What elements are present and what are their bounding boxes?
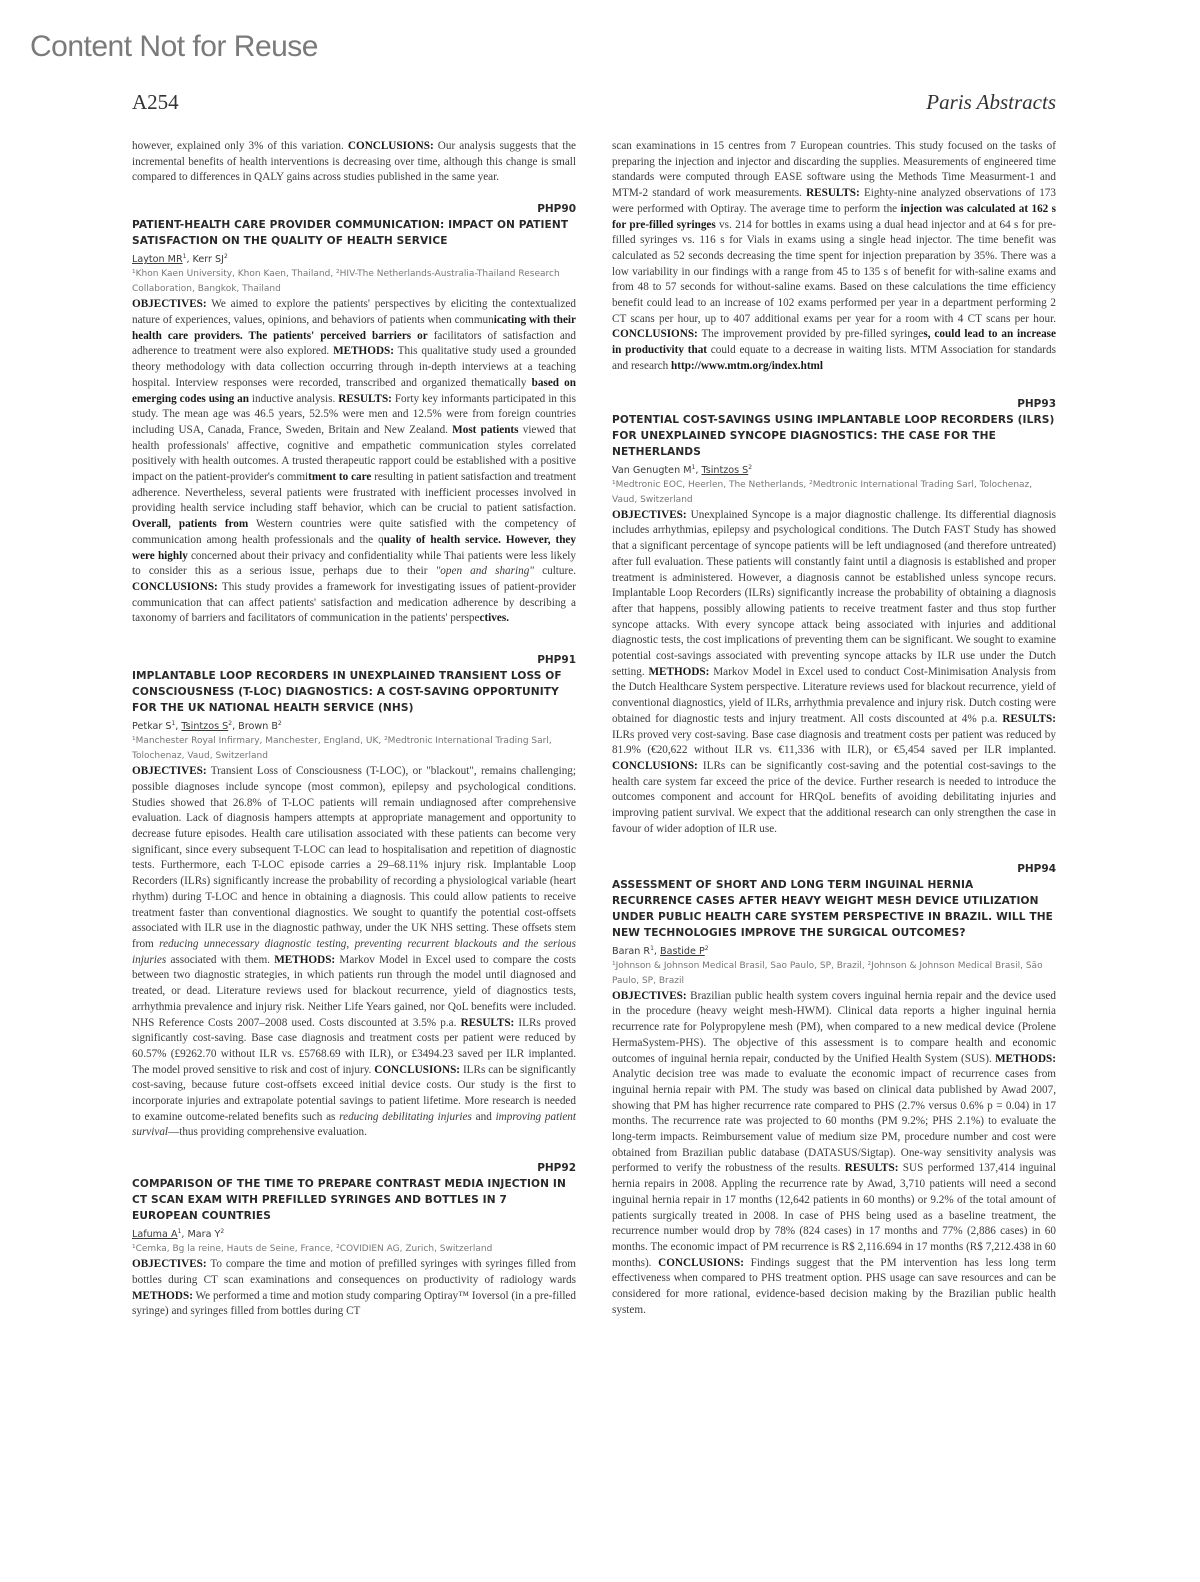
journal-section-title: Paris Abstracts xyxy=(926,90,1056,115)
abstract-body: OBJECTIVES: We aimed to explore the pati… xyxy=(132,297,576,627)
author-name: Lafuma A xyxy=(132,1229,178,1240)
abstract-body: OBJECTIVES: Brazilian public health syst… xyxy=(612,989,1056,1319)
abstract-affiliations: ¹Medtronic EOC, Heerlen, The Netherlands… xyxy=(612,478,1056,508)
abstract-affiliations: ¹Manchester Royal Infirmary, Manchester,… xyxy=(132,734,576,764)
author-name: Kerr SJ xyxy=(193,254,224,265)
abstract-body: OBJECTIVES: Unexplained Syncope is a maj… xyxy=(612,508,1056,838)
author-name: Tsintzos S xyxy=(181,721,228,732)
abstract-title: IMPLANTABLE LOOP RECORDERS IN UNEXPLAINE… xyxy=(132,668,576,716)
abstract-php90: PHP90 PATIENT-HEALTH CARE PROVIDER COMMU… xyxy=(132,202,576,627)
author-name: Petkar S xyxy=(132,721,171,732)
watermark: Content Not for Reuse xyxy=(30,30,318,64)
abstract-body: OBJECTIVES: Transient Loss of Consciousn… xyxy=(132,764,576,1141)
abstract-authors: Layton MR1, Kerr SJ2 xyxy=(132,249,576,267)
page-number: A254 xyxy=(132,90,179,115)
author-name: Tsintzos S xyxy=(701,465,748,476)
author-name: Bastide P xyxy=(660,946,705,957)
author-name: Mara Y xyxy=(187,1229,220,1240)
right-column: scan examinations in 15 centres from 7 E… xyxy=(612,139,1056,1318)
abstract-id: PHP90 xyxy=(132,202,576,216)
abstract-php93: PHP93 POTENTIAL COST-SAVINGS USING IMPLA… xyxy=(612,397,1056,838)
continuation-text: scan examinations in 15 centres from 7 E… xyxy=(612,139,1056,375)
abstract-id: PHP93 xyxy=(612,397,1056,411)
abstract-id: PHP91 xyxy=(132,653,576,667)
abstract-authors: Petkar S1, Tsintzos S2, Brown B2 xyxy=(132,716,576,734)
abstract-authors: Baran R1, Bastide P2 xyxy=(612,941,1056,959)
abstract-title: COMPARISON OF THE TIME TO PREPARE CONTRA… xyxy=(132,1176,576,1224)
author-name: Van Genugten M xyxy=(612,465,692,476)
abstract-id: PHP92 xyxy=(132,1161,576,1175)
abstract-php91: PHP91 IMPLANTABLE LOOP RECORDERS IN UNEX… xyxy=(132,653,576,1141)
abstract-affiliations: ¹Cemka, Bg la reine, Hauts de Seine, Fra… xyxy=(132,1242,576,1257)
abstract-affiliations: ¹Johnson & Johnson Medical Brasil, Sao P… xyxy=(612,959,1056,989)
author-name: Brown B xyxy=(238,721,278,732)
author-name: Layton MR xyxy=(132,254,183,265)
abstract-title: ASSESSMENT OF SHORT AND LONG TERM INGUIN… xyxy=(612,877,1056,941)
abstract-id: PHP94 xyxy=(612,862,1056,876)
abstract-title: PATIENT-HEALTH CARE PROVIDER COMMUNICATI… xyxy=(132,217,576,249)
continuation-text: however, explained only 3% of this varia… xyxy=(132,139,576,186)
abstract-php94: PHP94 ASSESSMENT OF SHORT AND LONG TERM … xyxy=(612,862,1056,1319)
abstract-authors: Lafuma A1, Mara Y2 xyxy=(132,1224,576,1242)
abstract-affiliations: ¹Khon Kaen University, Khon Kaen, Thaila… xyxy=(132,267,576,297)
abstract-body: OBJECTIVES: To compare the time and moti… xyxy=(132,1257,576,1320)
abstract-authors: Van Genugten M1, Tsintzos S2 xyxy=(612,460,1056,478)
author-name: Baran R xyxy=(612,946,650,957)
left-column: however, explained only 3% of this varia… xyxy=(132,139,576,1320)
abstract-php92: PHP92 COMPARISON OF THE TIME TO PREPARE … xyxy=(132,1161,576,1320)
abstract-title: POTENTIAL COST-SAVINGS USING IMPLANTABLE… xyxy=(612,412,1056,460)
